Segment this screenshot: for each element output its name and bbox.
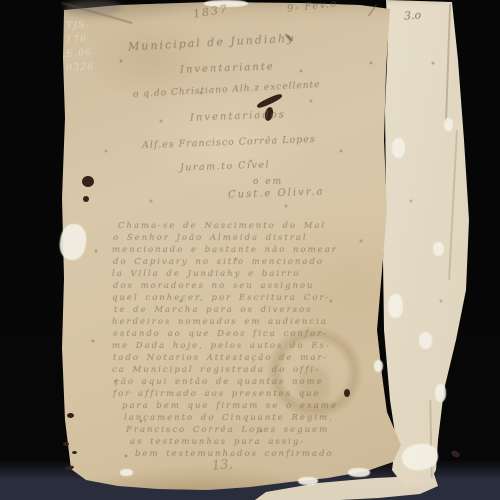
damage-patch <box>298 477 318 485</box>
damage-patch <box>435 384 446 402</box>
archival-mark: 0326 <box>66 61 95 73</box>
body-line: la Villa de Jundiahy e bairro <box>112 269 300 279</box>
ink-blot <box>83 196 89 202</box>
body-line: quel conhecer, por Escritura Cor- <box>112 293 330 303</box>
body-line: ca Municipal registrada do offi- <box>112 365 320 375</box>
ink-speck <box>63 442 69 446</box>
body-line: lançamento do Cinquante Regim. <box>124 413 334 423</box>
damage-patch <box>392 138 405 158</box>
body-line: Chama-se de Nascimento do Mal <box>118 221 326 231</box>
body-line: Francisco Corrêa Lopes seguem <box>126 425 329 435</box>
damage-patch <box>348 468 370 477</box>
archival-mark: TJS <box>66 19 86 31</box>
body-line: dos moradores no seu assignou <box>113 281 315 291</box>
body-line: para bem que firmam se o exame <box>122 401 338 411</box>
footer-scribble: 13, <box>211 457 233 474</box>
ink-blot <box>82 176 94 187</box>
archival-mark: 176 <box>66 33 88 45</box>
body-line: estando ao que Deos fica confor- <box>113 329 328 339</box>
damage-patch <box>433 242 444 256</box>
archival-mark: E.06 <box>66 47 93 59</box>
body-line: as testemunhas para assig- <box>130 437 305 447</box>
damage-patch <box>374 360 383 372</box>
damage-patch <box>444 118 453 131</box>
body-line: me Dada hoje, pelos autos do Es- <box>112 341 331 351</box>
body-line: do Capivary no sitio mencionado <box>113 257 324 267</box>
heading-line: o em <box>253 177 283 187</box>
damage-patch <box>120 469 133 476</box>
body-line: for affirmado aos presentes que <box>113 389 321 399</box>
body-line: herdeiros nomeados em audiencia <box>112 317 328 327</box>
ink-speck <box>344 389 350 397</box>
ink-speck <box>72 451 77 454</box>
body-line: o Senhor João Almeida distral <box>113 233 308 243</box>
body-line: ção aqui então de quantas nome <box>114 377 324 387</box>
ink-speck <box>67 413 74 418</box>
body-line: bem testemunhados confirmado <box>135 449 334 459</box>
foxing-speckles <box>0 0 2 2</box>
damage-patch <box>419 332 432 349</box>
body-line: mencionado e bastante não nomear <box>112 245 338 255</box>
damage-patch <box>388 294 403 318</box>
manuscript-photo: TJS 176 E.06 0326 1837 9- Fev.o / 3.o Mu… <box>0 0 500 500</box>
body-line: te de Marcha para os diversos <box>114 305 313 315</box>
ink-speck <box>450 449 461 459</box>
page-number: 3.o <box>404 8 422 22</box>
body-line: tado Notarios Attestação de mar- <box>113 353 328 363</box>
